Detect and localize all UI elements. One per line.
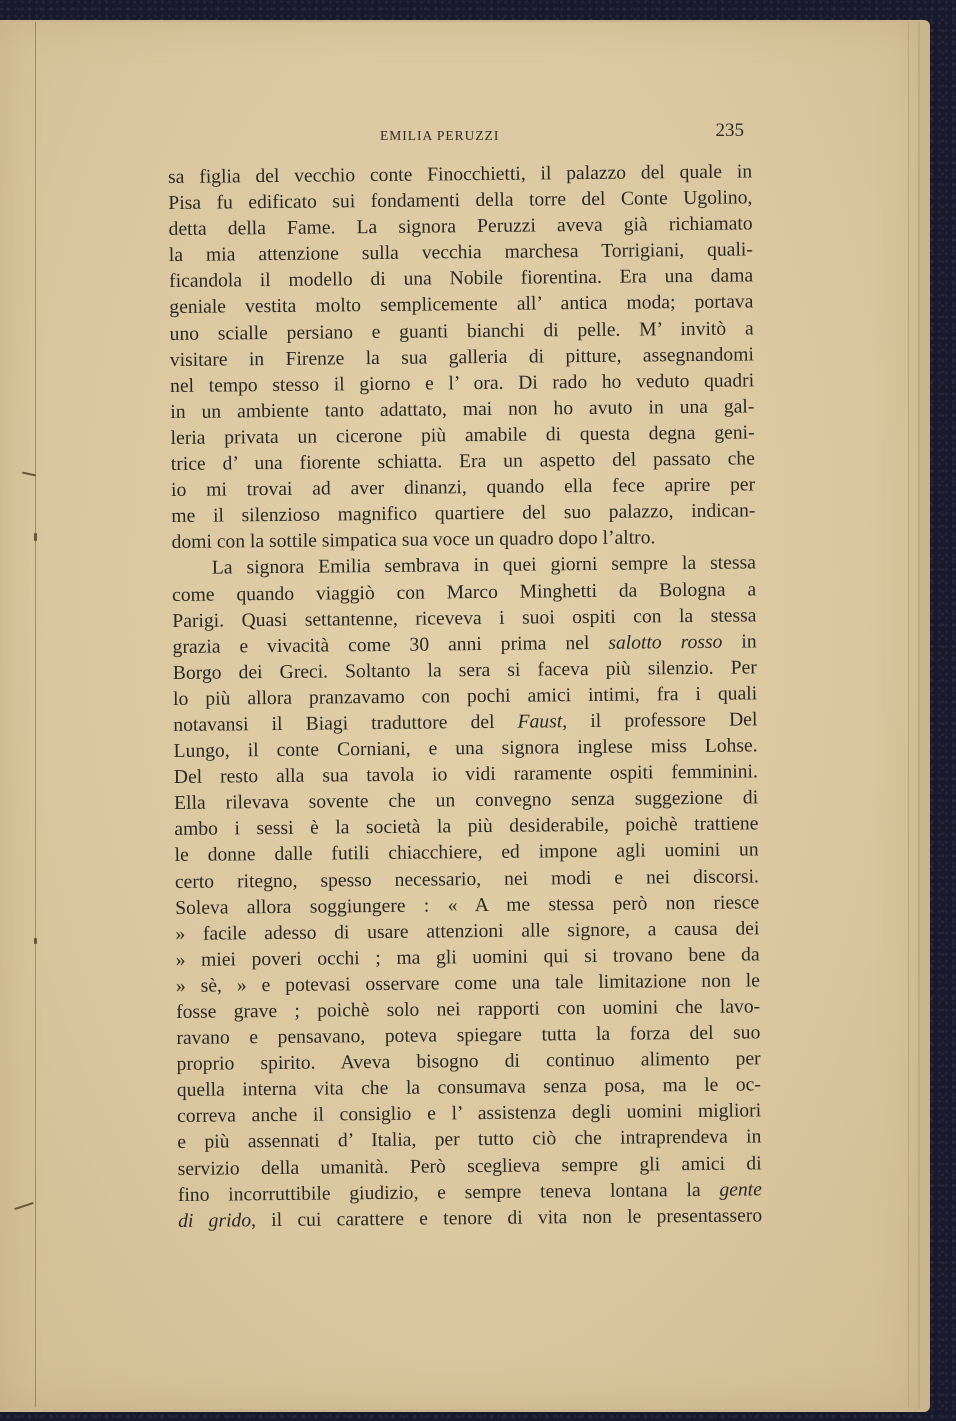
body-text: sa figlia del vecchio conte Finocchietti… bbox=[168, 159, 762, 1234]
text-run: , il cui carattere e tenore di vita non … bbox=[251, 1205, 762, 1231]
text-run: fino incorruttibile giudizio, e sempre t… bbox=[178, 1179, 720, 1205]
text-run: notavansi il Biagi traduttore del bbox=[173, 712, 517, 736]
italic-phrase: gente bbox=[719, 1179, 762, 1200]
paragraph: La signora Emilia sembrava in quei giorn… bbox=[172, 551, 762, 1235]
gutter-fold-line bbox=[35, 22, 36, 1407]
italic-phrase: Faust bbox=[518, 711, 563, 732]
page-number: 235 bbox=[716, 120, 745, 142]
text-run: grazia e vivacità come 30 anni prima nel bbox=[173, 632, 609, 657]
margin-mark bbox=[34, 938, 37, 944]
paragraph: sa figlia del vecchio conte Finocchietti… bbox=[168, 159, 756, 556]
text-run: in bbox=[722, 631, 756, 652]
page-edge-line bbox=[908, 22, 909, 1407]
page-header: EMILIA PERUZZI 235 bbox=[168, 122, 740, 144]
text-run: , il professore Del bbox=[562, 709, 757, 732]
margin-mark bbox=[34, 533, 37, 541]
italic-phrase: salotto rosso bbox=[608, 631, 722, 653]
italic-phrase: di grido bbox=[178, 1210, 251, 1232]
running-title: EMILIA PERUZZI bbox=[380, 128, 499, 144]
